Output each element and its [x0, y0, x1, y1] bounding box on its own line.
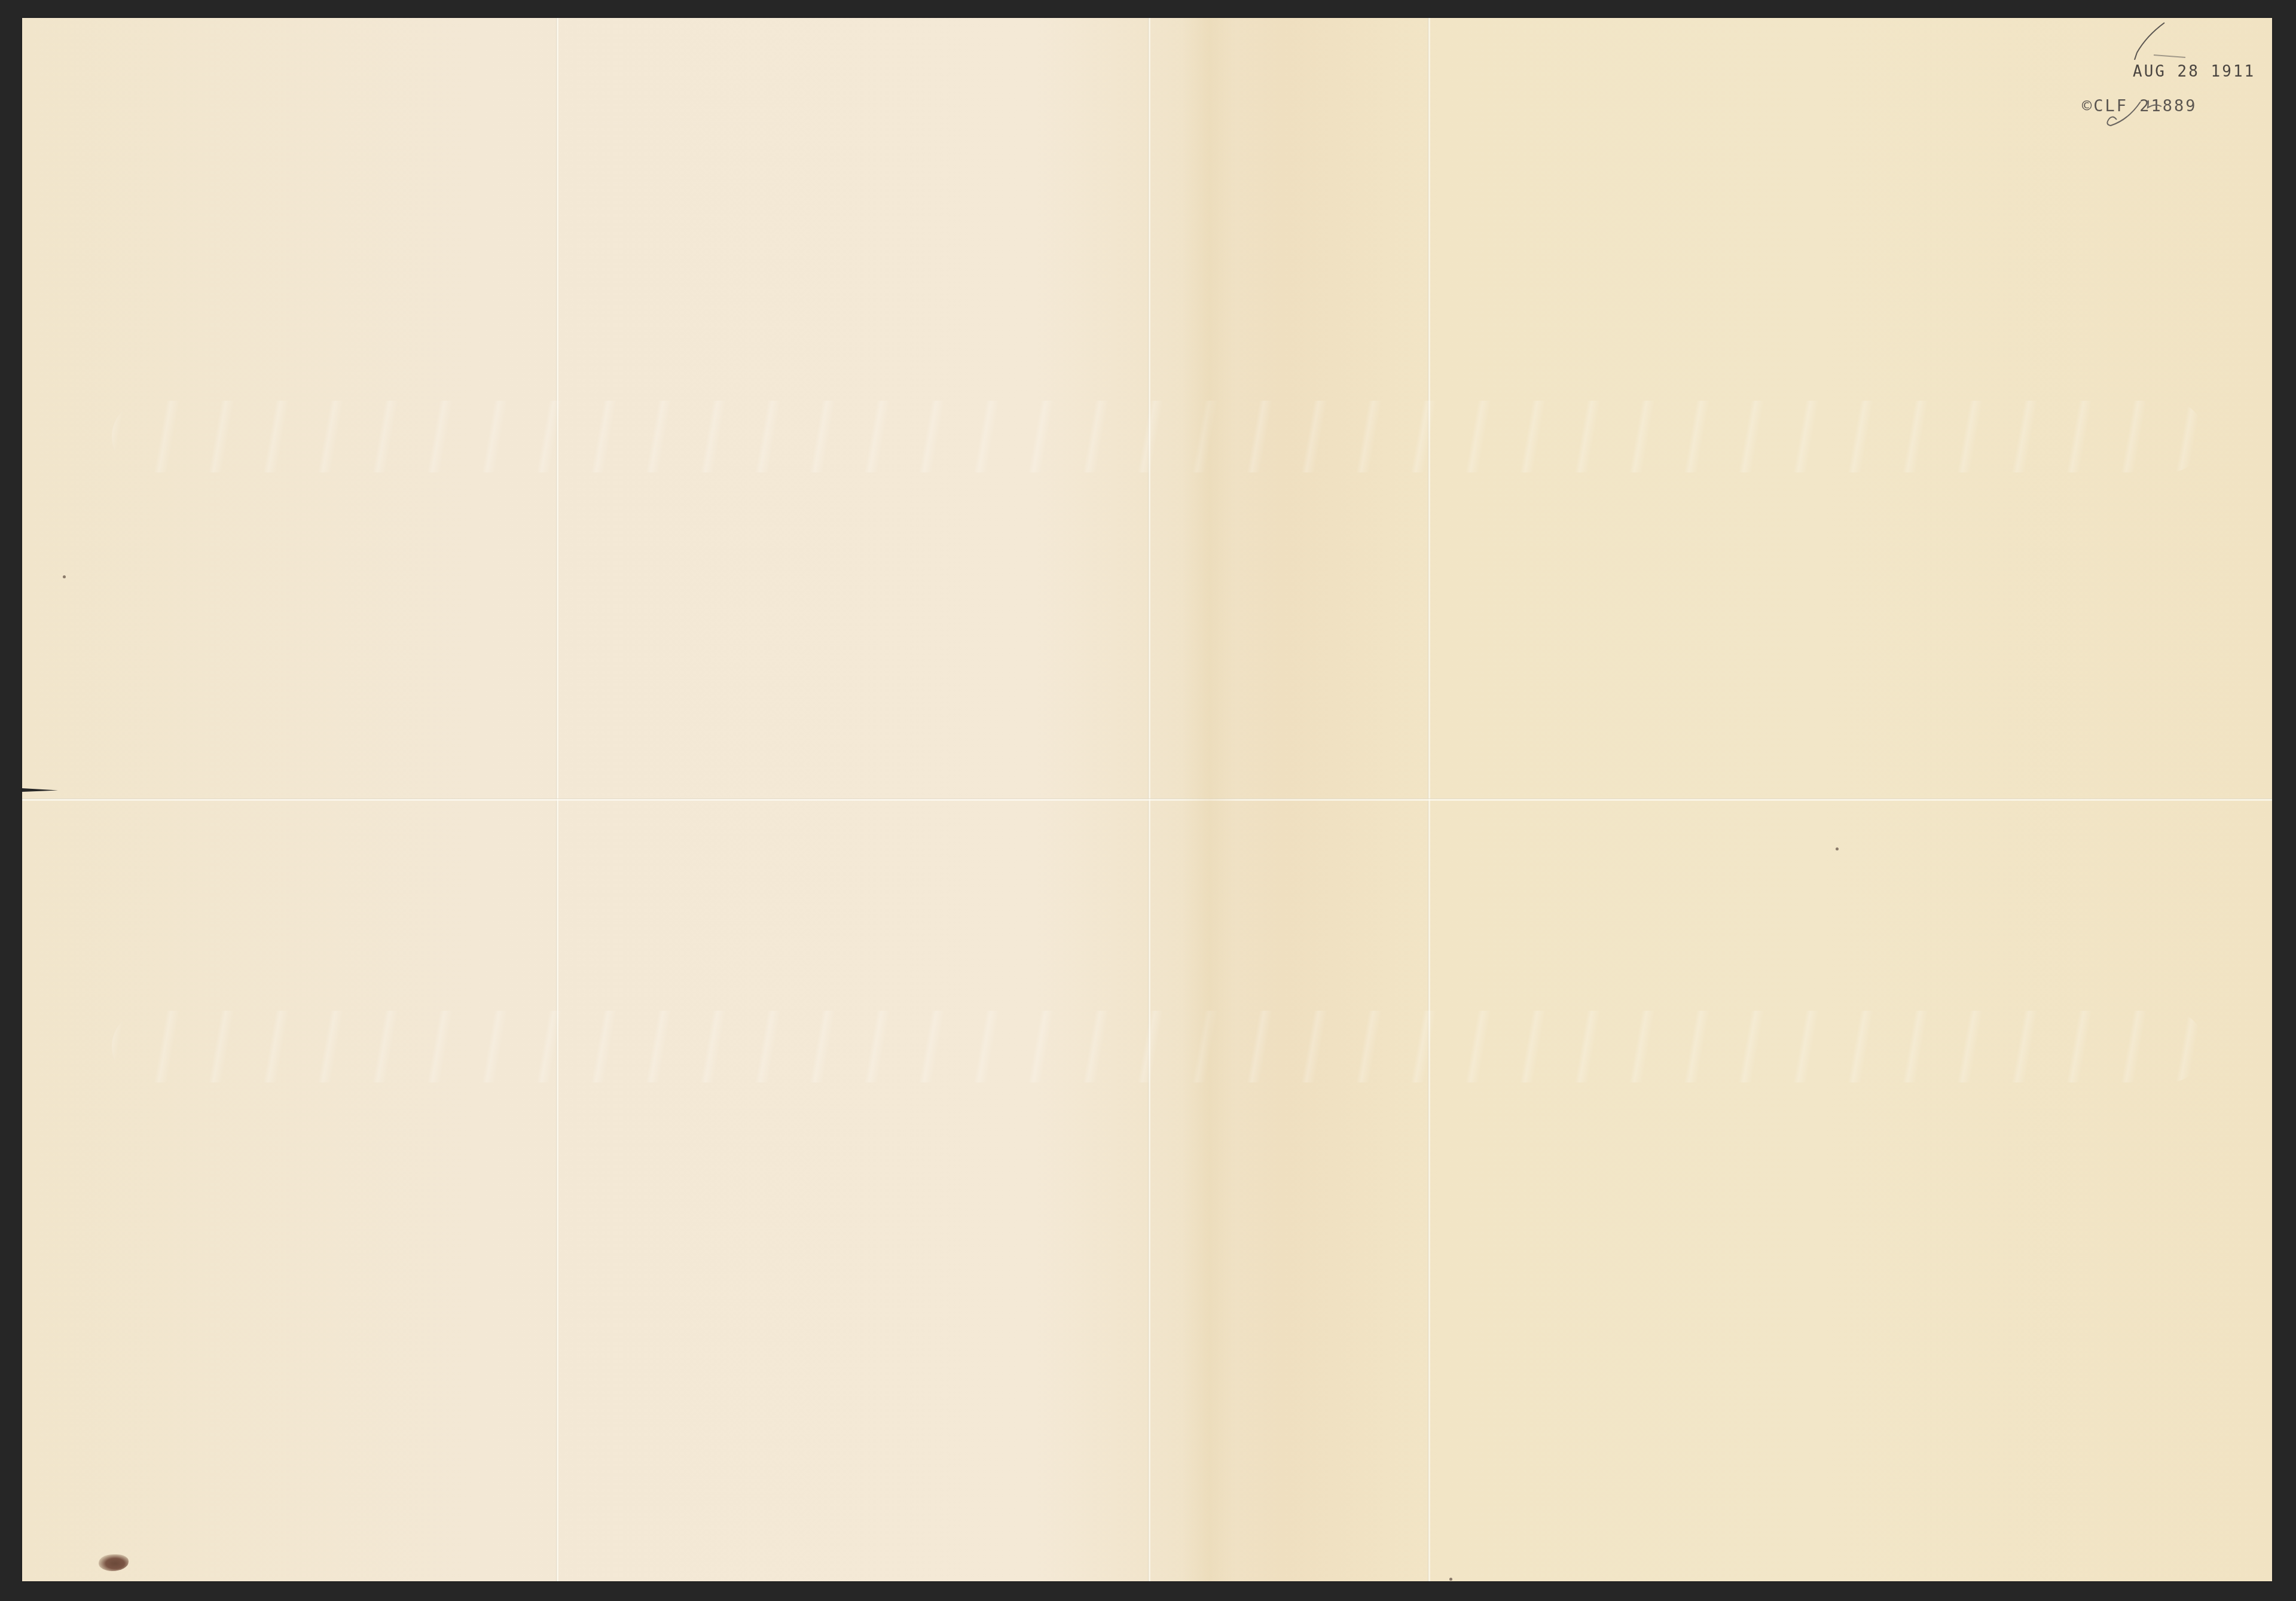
watermark-band-lower: [112, 1011, 2205, 1082]
check-mark-icon: [2129, 18, 2200, 66]
received-date-stamp: AUG 28 1911: [2133, 63, 2255, 81]
watermark-band-upper: [112, 401, 2205, 472]
paper-speck: [1836, 847, 1839, 850]
paper-speck: [63, 575, 66, 578]
handwritten-initials-icon: [2105, 96, 2164, 132]
fold-line-horizontal: [22, 798, 2272, 801]
paper-speck: [1449, 1578, 1452, 1581]
paper-sheet: [22, 18, 2272, 1581]
